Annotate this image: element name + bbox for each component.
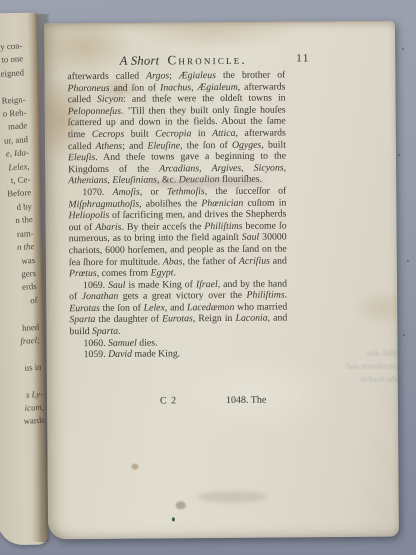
text-run: Egypt bbox=[151, 267, 174, 278]
text-run: Phoroneus bbox=[67, 82, 109, 93]
foxing-spot bbox=[131, 464, 138, 470]
page-number: 11 bbox=[296, 52, 310, 64]
text-run: Philiſtims bbox=[204, 221, 242, 232]
text-run: . By their acceſs the bbox=[121, 221, 204, 233]
text-run: cuſtom in bbox=[243, 197, 286, 208]
text-run: Cecropia bbox=[155, 128, 191, 139]
text-run: Ægialeum bbox=[197, 81, 237, 92]
text-run: , Reign in bbox=[193, 313, 236, 324]
text-run: ; bbox=[169, 70, 179, 81]
text-run: David bbox=[108, 349, 132, 360]
ink-speck bbox=[172, 517, 175, 521]
text-run: t, Ce- bbox=[11, 174, 31, 185]
text-run: Sparta bbox=[92, 326, 118, 337]
text-run: who married bbox=[234, 301, 287, 312]
text-run: Heliopolis bbox=[68, 210, 109, 221]
text-run: Eurotas bbox=[162, 314, 193, 325]
text-run: Sicyons bbox=[254, 162, 284, 173]
text-run: gets a great victory over the bbox=[118, 290, 246, 302]
text-run: , built bbox=[261, 139, 286, 150]
paragraph: 1070. Amoſis, or Tethmoſis, the ſucceſſo… bbox=[68, 185, 287, 279]
text-run: , the ſucceſſor of bbox=[205, 185, 287, 197]
text-run: Lelex bbox=[144, 302, 165, 313]
text-run: Cecrops bbox=[92, 129, 124, 140]
stain bbox=[198, 491, 268, 504]
text-run: Samuel bbox=[108, 337, 137, 348]
foxing-spot bbox=[176, 501, 186, 509]
text-run: Athens bbox=[95, 140, 122, 151]
text-run: 1070. bbox=[82, 187, 112, 198]
header-title-italic: A Short bbox=[120, 53, 160, 67]
text-run: Iſrael bbox=[196, 279, 218, 290]
text-run: Inachus bbox=[160, 82, 191, 93]
text-run: , the ſon of bbox=[180, 139, 232, 150]
text-run: the daughter of bbox=[95, 314, 162, 326]
text-run: , bbox=[199, 163, 212, 174]
text-run: and bbox=[270, 255, 287, 266]
text-run: to one bbox=[1, 54, 23, 65]
text-run: Eleuſis bbox=[68, 152, 95, 163]
text-run: n the bbox=[15, 214, 33, 225]
text-run: Jonathan bbox=[82, 291, 119, 302]
text-run: Argos bbox=[146, 70, 169, 81]
text-run: is made King of bbox=[125, 279, 196, 291]
running-header: A Short Chronicle. bbox=[67, 50, 285, 70]
text-run: Prœtus bbox=[69, 268, 97, 279]
background-speck bbox=[398, 154, 400, 156]
text-run: Tethmoſis bbox=[167, 186, 205, 197]
header-title-caps: Chronicle. bbox=[167, 52, 247, 68]
text-run: : and theſe were the oldeſt towns in bbox=[123, 93, 286, 105]
text-run: ; and bbox=[122, 140, 147, 151]
text-line: who lived in bbox=[225, 373, 400, 387]
signature-mark: C 2 bbox=[160, 395, 177, 406]
text-run: , bbox=[284, 162, 287, 173]
text-run: e, Ida- bbox=[6, 147, 30, 158]
text-run: 1069. bbox=[83, 280, 108, 291]
text-run: Before bbox=[7, 188, 31, 199]
text-run: Philiſtims bbox=[247, 290, 285, 301]
text-run: . bbox=[285, 290, 288, 301]
text-run: Eleuſine bbox=[147, 140, 180, 151]
text-run: , and bbox=[165, 302, 187, 313]
text-run: Miſphragmuthoſis bbox=[68, 198, 139, 210]
text-run: Lacedæmon and bbox=[347, 362, 400, 371]
book-page: A Short Chronicle. 11 afterwards called … bbox=[44, 21, 399, 540]
text-run: Reign- bbox=[1, 94, 26, 105]
text-run: , the father of bbox=[182, 255, 239, 266]
text-run: dies. bbox=[137, 337, 158, 348]
text-run: Ogyges bbox=[232, 139, 261, 150]
text-run: 1059. bbox=[84, 349, 109, 360]
ink-showthrough: 1060. diesLacedæmon andwho lived in bbox=[225, 347, 400, 387]
text-run: Amoſis bbox=[113, 187, 140, 198]
text-run: Peloponneſus bbox=[68, 106, 121, 117]
text-run: . bbox=[118, 326, 121, 337]
photo-background: y con-to oneReigned Reign-o Reh-madeur, … bbox=[0, 0, 416, 555]
text-run: Sicyon bbox=[97, 94, 123, 105]
text-run: , comes from bbox=[97, 268, 151, 279]
text-run: Abas bbox=[163, 256, 183, 267]
text-run: built bbox=[124, 128, 155, 139]
text-run: Ægialeus bbox=[179, 70, 216, 81]
text-run: in bbox=[191, 128, 212, 139]
text-run: , bbox=[241, 162, 254, 173]
text-run: Saul bbox=[108, 279, 126, 290]
text-run: the brother of bbox=[216, 69, 286, 81]
text-run: Sparta bbox=[69, 314, 95, 325]
text-run: Phœnician bbox=[201, 197, 243, 208]
text-run: made King. bbox=[132, 349, 180, 360]
body-text: afterwards called Argos; Ægialeus the br… bbox=[67, 69, 287, 361]
background-speck bbox=[402, 48, 404, 50]
text-run: Abaris bbox=[95, 222, 121, 233]
text-run: . bbox=[173, 267, 176, 278]
text-run: Acriſius bbox=[239, 255, 270, 266]
text-run: Athenians bbox=[68, 175, 107, 186]
text-run: 1060. dies bbox=[367, 349, 400, 358]
text-run: Reigned bbox=[0, 67, 24, 79]
text-run: , or bbox=[140, 186, 167, 197]
text-run: the ſon of bbox=[100, 302, 144, 313]
text-run: afterwards called bbox=[67, 71, 146, 83]
paragraph: 1069. Saul is made King of Iſrael, and b… bbox=[69, 278, 287, 338]
text-run: , aboliſhes the bbox=[139, 198, 201, 209]
text-run: Lacedæmon bbox=[187, 302, 234, 313]
paragraph: afterwards called Argos; Ægialeus the br… bbox=[67, 69, 286, 187]
text-run: ur, and bbox=[4, 134, 29, 145]
text-run: who lived in bbox=[361, 375, 400, 384]
text-run: Laconia bbox=[235, 313, 267, 324]
text-run: o Reh- bbox=[2, 107, 26, 118]
text-run: Attica bbox=[212, 128, 235, 139]
text-run: Arcadians bbox=[159, 163, 199, 174]
background-speck bbox=[403, 334, 405, 336]
catchword: 1048. The bbox=[226, 395, 266, 406]
text-run: made bbox=[8, 121, 28, 132]
text-run: Saul bbox=[242, 232, 260, 243]
text-run: and ſon of bbox=[110, 82, 161, 93]
text-run: d by bbox=[16, 201, 32, 212]
text-run: Eurotas bbox=[69, 303, 100, 314]
background-speck bbox=[407, 260, 409, 262]
text-run: Argives bbox=[212, 163, 242, 174]
text-run: 1060. bbox=[83, 338, 108, 349]
text-run: y con- bbox=[0, 40, 23, 51]
text-run: Lelex, bbox=[8, 161, 30, 172]
